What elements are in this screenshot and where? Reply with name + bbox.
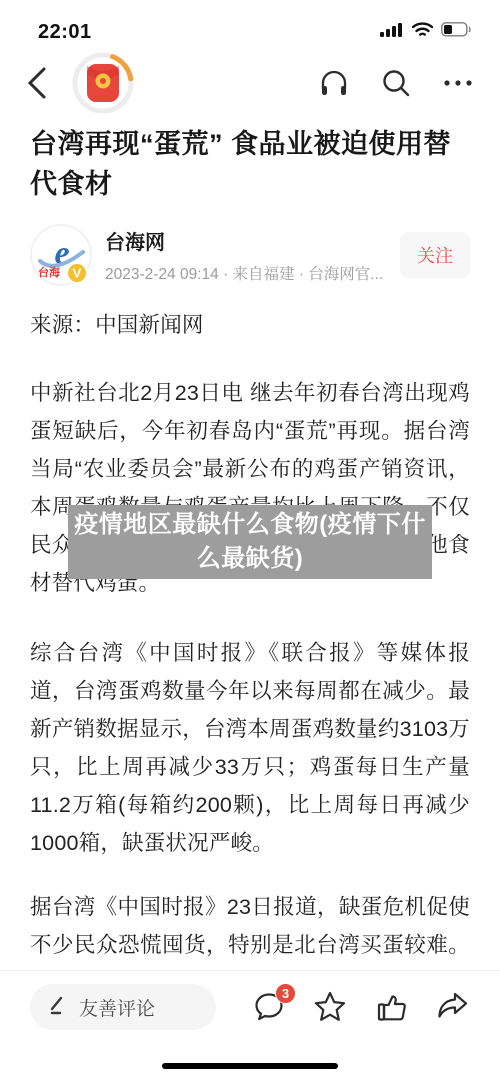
- comment-input[interactable]: 友善评论: [30, 984, 216, 1030]
- home-indicator[interactable]: [162, 1063, 338, 1069]
- like-thumbs-up-button[interactable]: [375, 990, 409, 1024]
- post-meta: 2023-2-24 09:14 · 来自福建 · 台海网官...: [105, 262, 400, 284]
- author-avatar[interactable]: e 台海 V: [30, 224, 92, 286]
- status-icons: [380, 22, 472, 43]
- svg-text:台海: 台海: [38, 265, 61, 279]
- clock-time: 22:01: [38, 21, 92, 44]
- wifi-icon: [411, 22, 434, 43]
- listen-headphones-icon[interactable]: [318, 67, 350, 99]
- pen-icon: [47, 994, 69, 1021]
- article-title: 台湾再现“蛋荒” 食品业被迫使用替代食材: [30, 124, 470, 204]
- comment-count-badge: 3: [275, 983, 296, 1004]
- battery-icon: [441, 22, 472, 42]
- keyword-watermark-overlay: 疫情地区最缺什么食物(疫情下什么最缺货): [68, 505, 432, 579]
- author-row: e 台海 V 台海网 2023-2-24 09:14 · 来自福建 · 台海网官…: [30, 224, 470, 286]
- signal-icon: [380, 22, 404, 43]
- author-name[interactable]: 台海网: [105, 226, 400, 255]
- verified-badge: V: [73, 266, 82, 281]
- share-button[interactable]: [436, 990, 470, 1024]
- paragraph-2: 综合台湾《中国时报》《联合报》等媒体报道，台湾蛋鸡数量今年以来每周都在减少。最新…: [30, 634, 470, 862]
- back-icon[interactable]: [26, 68, 56, 98]
- author-info: 台海网 2023-2-24 09:14 · 来自福建 · 台海网官...: [105, 226, 400, 284]
- red-envelope-reward-widget[interactable]: [70, 50, 136, 116]
- favorite-star-button[interactable]: [313, 990, 347, 1024]
- source-line: 来源：中国新闻网: [30, 306, 470, 344]
- search-icon[interactable]: [380, 67, 412, 99]
- status-bar: 22:01: [0, 0, 500, 48]
- follow-button[interactable]: 关注: [400, 232, 470, 278]
- keyword-watermark-text: 疫情地区最缺什么食物(疫情下什么最缺货): [70, 508, 430, 576]
- comments-button[interactable]: 3: [252, 990, 286, 1024]
- nav-bar: [0, 48, 500, 118]
- article-body: 台湾再现“蛋荒” 食品业被迫使用替代食材 e 台海 V 台海网 2023-2-2…: [0, 124, 500, 1078]
- comment-placeholder: 友善评论: [79, 994, 155, 1021]
- more-options-icon[interactable]: [442, 67, 474, 99]
